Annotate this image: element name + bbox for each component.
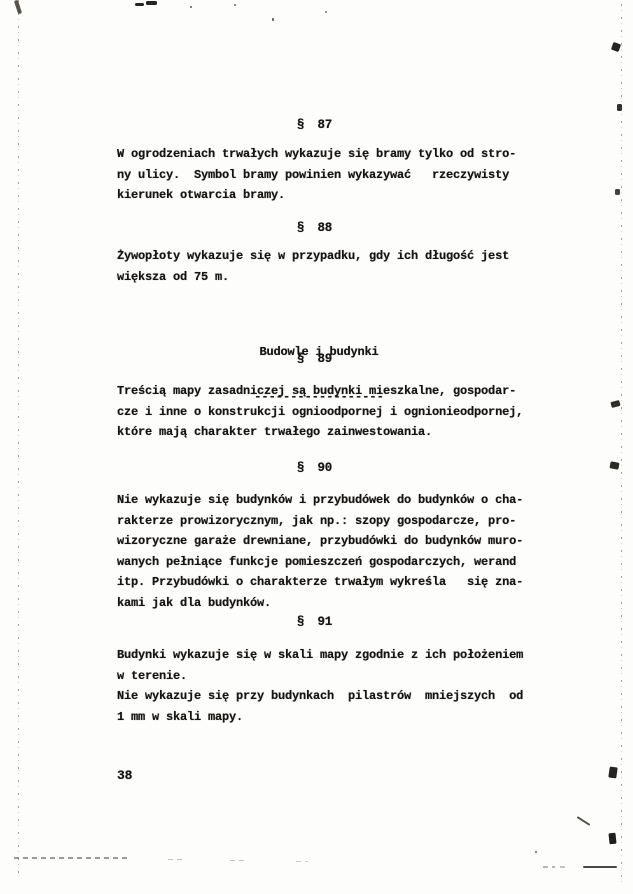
scan-bottom-dash-line	[168, 859, 182, 860]
scan-right-edge-line	[621, 4, 622, 884]
paragraph-89: Treścią mapy zasadniczej są budynki mies…	[117, 381, 529, 443]
scan-mark-right	[608, 766, 617, 778]
paragraph-88: Żywopłoty wykazuje się w przypadku, gdy …	[117, 246, 529, 287]
scan-smudge	[135, 3, 144, 6]
scan-squiggle-top-left	[14, 0, 22, 14]
scan-bottom-right-dash	[583, 866, 617, 868]
scan-speck	[325, 11, 327, 13]
paragraph-91: Budynki wykazuje się w skali mapy zgodni…	[117, 645, 529, 727]
scan-speck	[234, 4, 236, 6]
scan-bottom-dash-line	[230, 860, 246, 861]
section-heading-90: § 90	[117, 458, 512, 479]
scan-mark-right	[611, 42, 621, 52]
section-heading-88: § 88	[117, 218, 512, 239]
scan-mark-right	[610, 400, 620, 408]
paragraph-87: W ogrodzeniach trwałych wykazuje się bra…	[117, 144, 529, 206]
section-heading-89: § 89	[117, 349, 512, 370]
scan-bottom-right-dash	[560, 866, 567, 868]
scan-speck	[272, 18, 274, 21]
scan-mark-right	[609, 461, 619, 469]
section-heading-87: § 87	[117, 115, 512, 136]
page-number: 38	[117, 766, 132, 787]
scan-slash-mark	[577, 816, 591, 826]
scan-bottom-dash-line	[296, 861, 308, 862]
section-heading-91: § 91	[117, 612, 512, 633]
scan-mark-right	[615, 189, 620, 195]
scanned-document-page: § 87 W ogrodzeniach trwałych wykazuje si…	[0, 0, 633, 894]
scan-speck	[535, 851, 537, 853]
scan-speck	[190, 6, 192, 8]
scan-mark-right	[608, 833, 616, 845]
scan-smudge	[146, 1, 157, 5]
paragraph-90: Nie wykazuje się budynków i przybudówek …	[117, 490, 529, 613]
scan-mark-right	[617, 104, 622, 111]
scan-bottom-right-dash	[543, 866, 555, 868]
scan-left-edge-line	[18, 0, 19, 876]
scan-bottom-dash-line	[14, 857, 130, 859]
